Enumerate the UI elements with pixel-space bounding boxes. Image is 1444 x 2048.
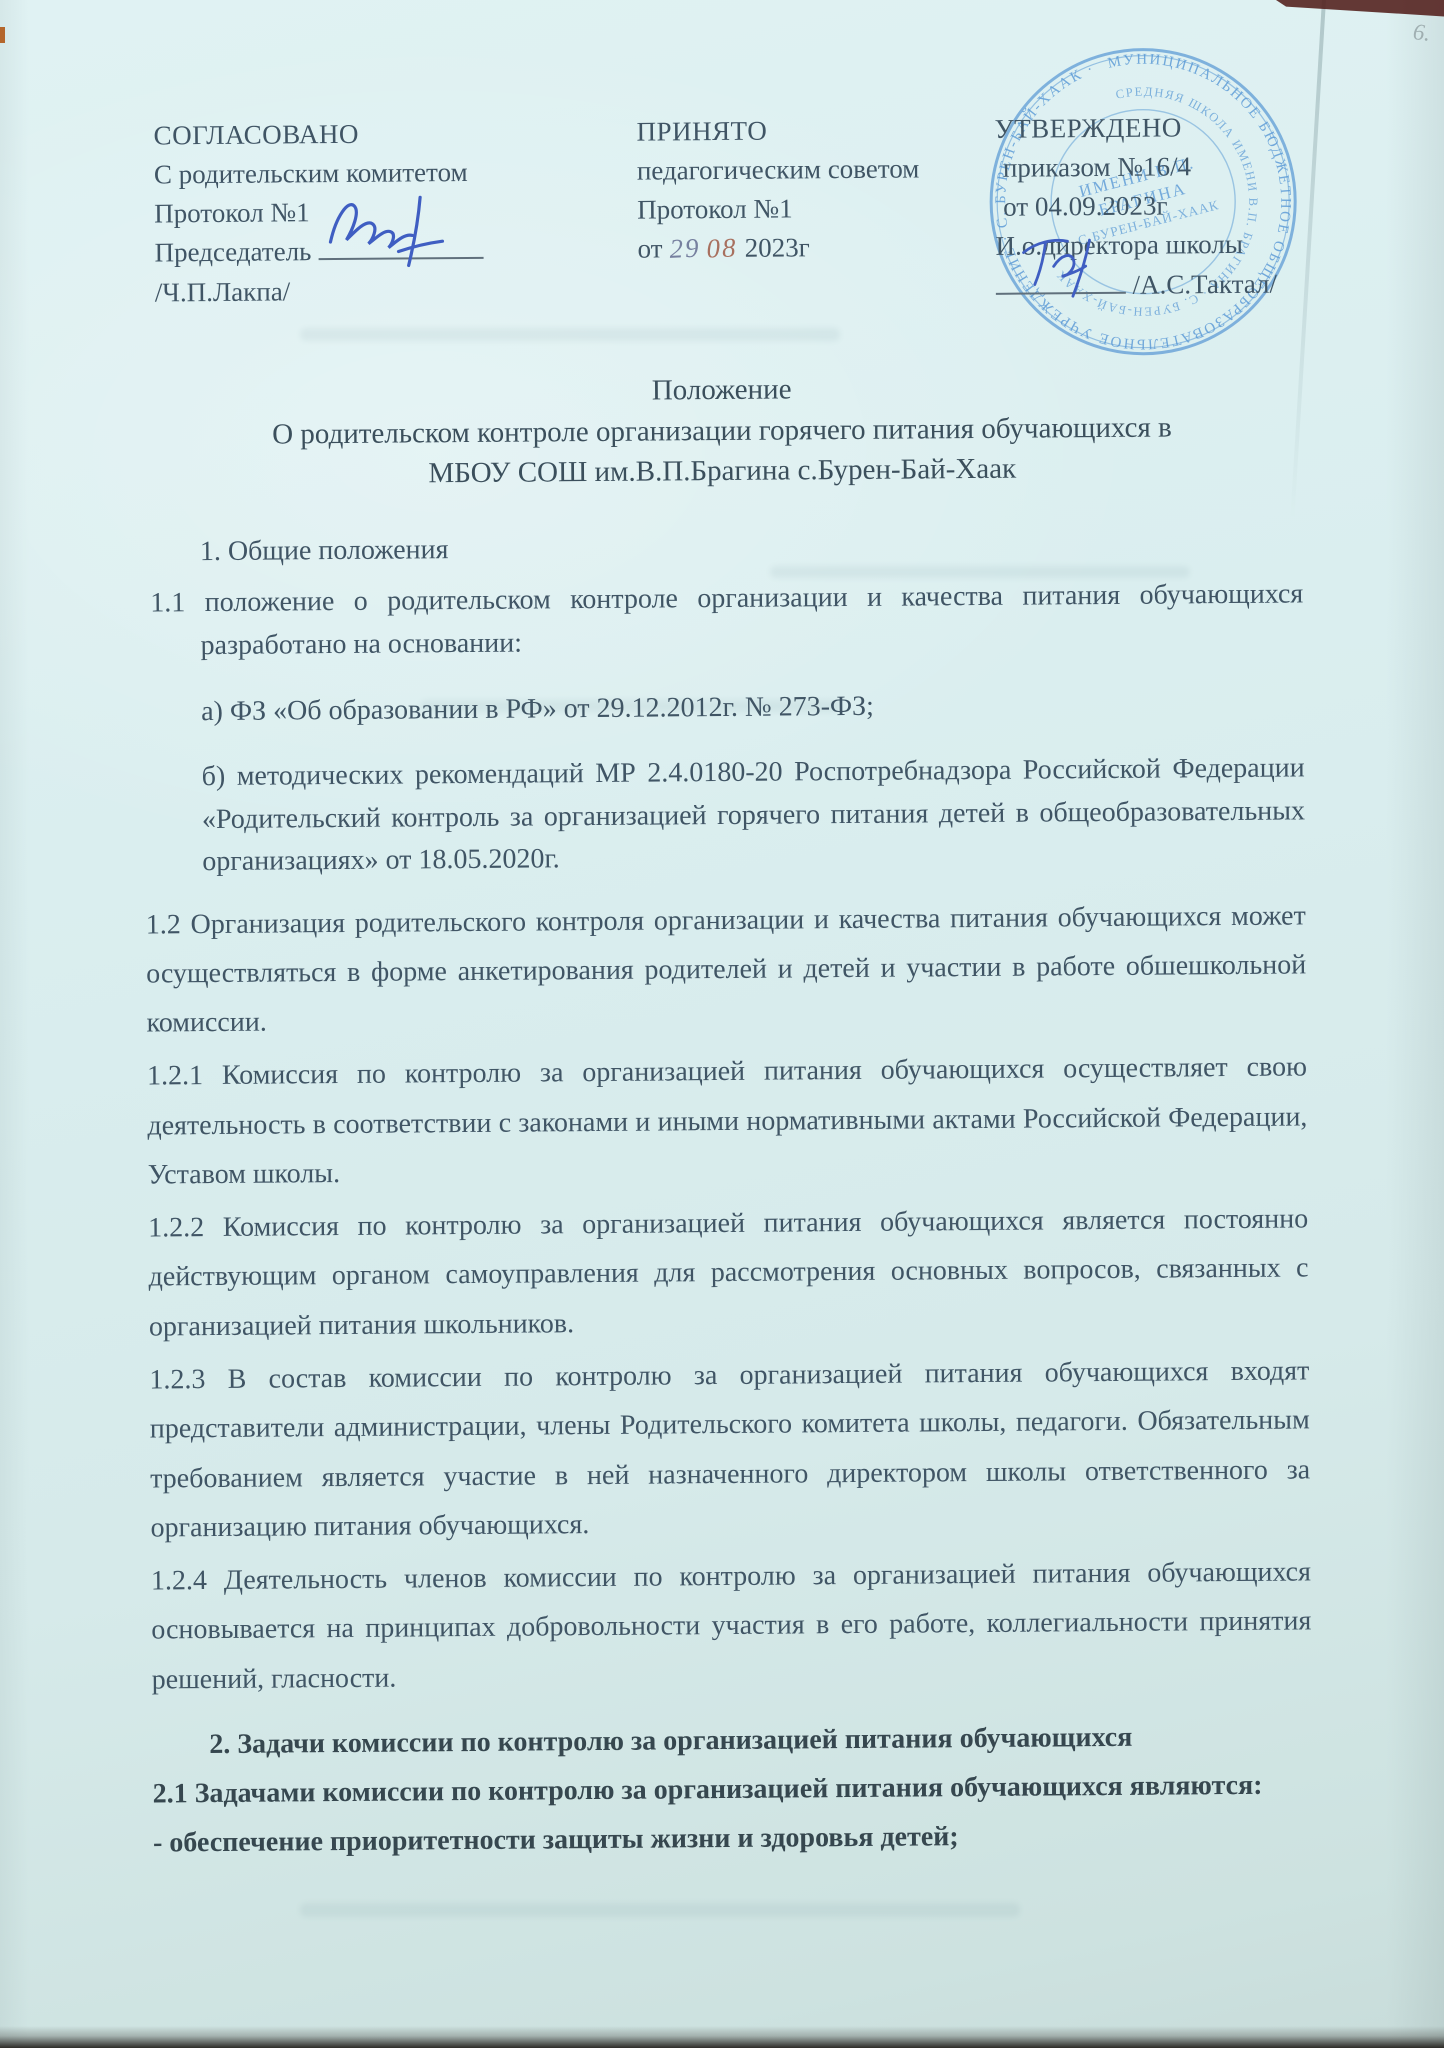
scanned-document-page: { "page": { "corner_mark": "6.", "paper_… <box>0 0 1444 2048</box>
accepted-date-prefix: от <box>637 234 662 264</box>
agreed-line2: Протокол №1 <box>154 191 637 234</box>
paper-background: МУНИЦИПАЛЬНОЕ БЮДЖЕТНОЕ ОБЩЕОБРАЗОВАТЕЛЬ… <box>0 0 1444 2048</box>
paragraph-1-2-2: 1.2.2 Комиссия по контролю за организаци… <box>148 1195 1309 1352</box>
document-title: Положение О родительском контроле органи… <box>141 365 1302 497</box>
approved-title: УТВЕРЖДЕНО <box>994 107 1299 149</box>
paragraph-dash-item: - обеспечение приоритетности защиты жизн… <box>153 1810 1313 1868</box>
approval-header: СОГЛАСОВАНО С родительским комитетом Про… <box>139 107 1301 312</box>
paragraph-2-1: 2.1 Задачами комиссии по контролю за орг… <box>152 1761 1312 1819</box>
paragraph-1-2-1: 1.2.1 Комиссия по контролю за организаци… <box>147 1043 1308 1200</box>
approved-block: УТВЕРЖДЕНО приказом №16/4 от 04.09.2023г… <box>994 107 1301 305</box>
paragraph-1-2: 1.2 Организация родительского контроля о… <box>146 891 1307 1048</box>
director-signatory-name: /А.С.Тактал/ <box>1132 268 1277 299</box>
paragraph-1-2-3: 1.2.3 В состав комиссии по контролю за о… <box>149 1346 1311 1552</box>
agreed-block: СОГЛАСОВАНО С родительским комитетом Про… <box>139 113 638 313</box>
approved-line2: от 04.09.2023г <box>995 186 1300 228</box>
accepted-date-year: 2023г <box>745 233 810 264</box>
paragraph-1-2-4: 1.2.4 Деятельность членов комиссии по ко… <box>151 1547 1312 1704</box>
agreed-title: СОГЛАСОВАНО <box>153 113 636 156</box>
document-content: МУНИЦИПАЛЬНОЕ БЮДЖЕТНОЕ ОБЩЕОБРАЗОВАТЕЛЬ… <box>0 0 1444 2048</box>
approved-line3: И.о.директора школы <box>995 225 1300 267</box>
paragraph-item-a: а) ФЗ «Об образовании в РФ» от 29.12.201… <box>201 683 1304 734</box>
title-line3: МБОУ СОШ им.В.П.Брагина с.Бурен-Бай-Хаак <box>142 447 1302 497</box>
accepted-title: ПРИНЯТО <box>636 110 994 152</box>
paragraph-1-1: 1.1 положение о родительском контроле ор… <box>143 574 1304 668</box>
paragraph-item-b: б) методических рекомендаций МР 2.4.0180… <box>201 747 1305 883</box>
accepted-date-line: от 29 08 2023г <box>637 227 995 269</box>
director-signature-line: /А.С.Тактал/ <box>996 264 1301 306</box>
page-bottom-edge <box>0 2026 1444 2048</box>
section-2-heading: 2. Задачи комиссии по контролю за органи… <box>209 1711 1312 1769</box>
scan-edge-sliver <box>0 27 5 43</box>
approved-line1: приказом №16/4 <box>995 147 1300 189</box>
accepted-block: ПРИНЯТО педагогическим советом Протокол … <box>636 110 995 269</box>
accepted-line1: педагогическим советом <box>637 149 995 191</box>
handwritten-page-number: 6. <box>1411 19 1431 47</box>
chair-signatory-name: /Ч.П.Лакпа/ <box>155 269 638 312</box>
accepted-line2: Протокол №1 <box>637 188 995 230</box>
handwritten-month: 08 <box>706 229 739 269</box>
handwritten-day: 29 <box>668 229 701 269</box>
chair-signature-line: Председатель <box>154 230 637 273</box>
agreed-line1: С родительским комитетом <box>154 152 637 195</box>
section-1-heading: 1. Общие положения <box>200 528 1303 569</box>
chair-signature-label: Председатель <box>154 237 311 268</box>
